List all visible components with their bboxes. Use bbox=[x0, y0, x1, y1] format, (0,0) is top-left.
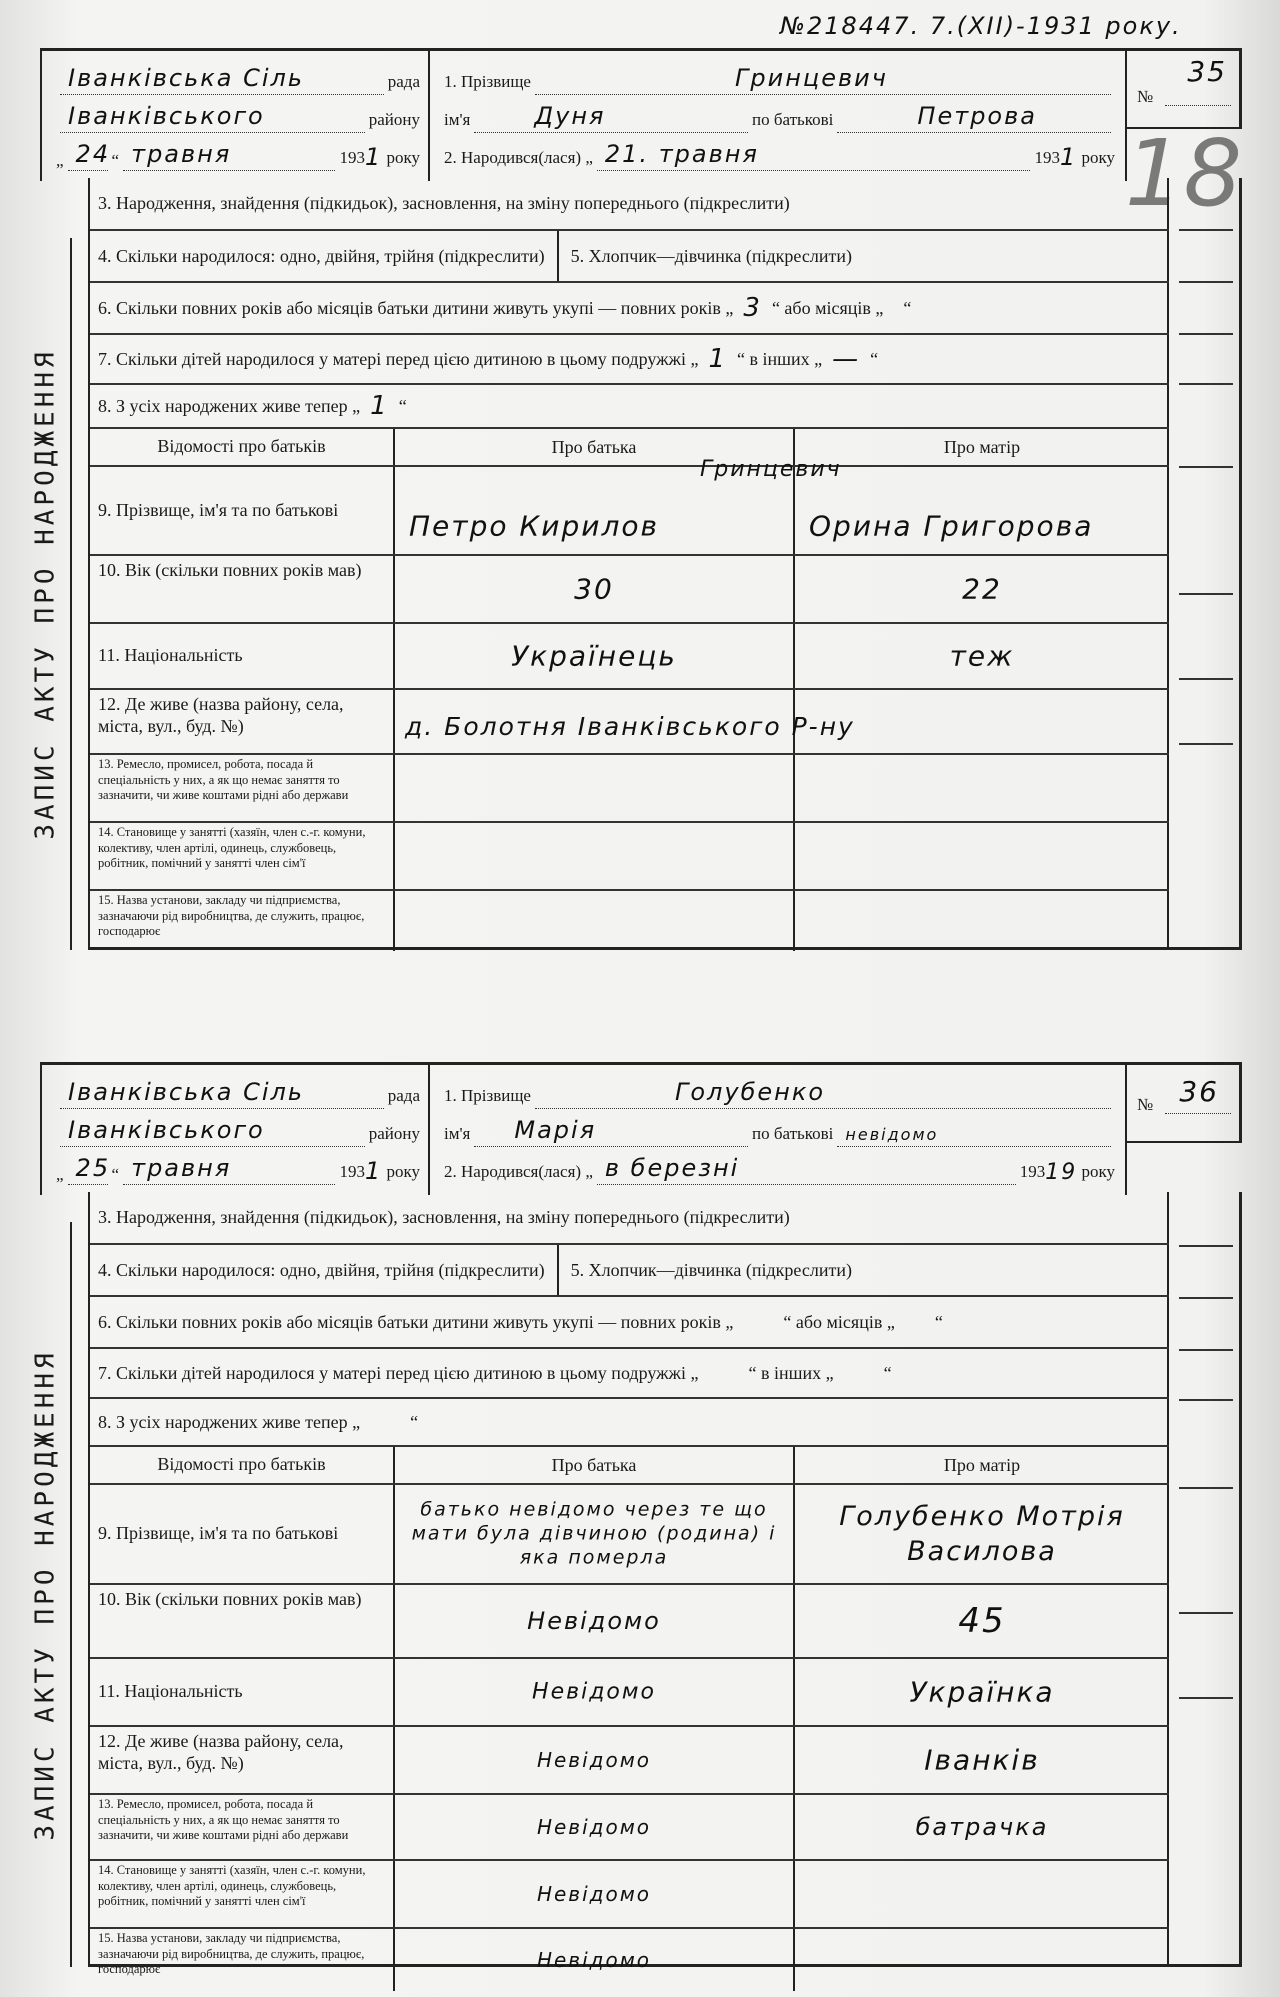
father-residence: д. Болотня Іванківського Р-ну bbox=[405, 712, 855, 741]
birth-record-35: ЗАПИС АКТУ ПРО НАРОДЖЕННЯ Іванківська Сі… bbox=[22, 48, 1262, 950]
patronymic-value: Петрова bbox=[917, 102, 1037, 130]
row-9-names: 9. Прізвище, ім'я та по батькові Петро К… bbox=[90, 467, 1169, 556]
row-9-names: 9. Прізвище, ім'я та по батькові батько … bbox=[90, 1485, 1169, 1585]
parents-table-header: Відомості про батьківПро батькаПро матір bbox=[90, 429, 1169, 467]
row-14-status: 14. Становище у занятті (хазяїн, член с.… bbox=[90, 823, 1169, 891]
row-7: 7. Скільки дітей народилося у матері пер… bbox=[90, 335, 1169, 385]
parents-table-header: Відомості про батьківПро батькаПро матір bbox=[90, 1447, 1169, 1485]
raion-value: Іванківського bbox=[68, 102, 265, 130]
row-10-age: 10. Вік (скільки повних років мав) 30 22 bbox=[90, 556, 1169, 624]
row-3: 3. Народження, знайдення (підкидьок), за… bbox=[90, 178, 1169, 231]
birth-record-36: ЗАПИС АКТУ ПРО НАРОДЖЕННЯ Іванківська Сі… bbox=[22, 1062, 1262, 1967]
birth-date-value: в березні bbox=[605, 1154, 739, 1182]
children-this-marriage: 1 bbox=[708, 344, 727, 374]
margin-column bbox=[1167, 1192, 1239, 1964]
row-10-age: 10. Вік (скільки повних років мав) Невід… bbox=[90, 1585, 1169, 1659]
reg-month: травня bbox=[131, 140, 231, 168]
record-body: 3. Народження, знайдення (підкидьок), за… bbox=[88, 178, 1242, 950]
row-15-workplace: 15. Назва установи, закладу чи підприємс… bbox=[90, 891, 1169, 951]
side-title: ЗАПИС АКТУ ПРО НАРОДЖЕННЯ bbox=[22, 238, 72, 950]
rada-value: Іванківська Сіль bbox=[68, 64, 304, 92]
record-number-box: № 35 bbox=[1127, 51, 1242, 129]
row-4-5: 4. Скільки народилося: одно, двійня, трі… bbox=[90, 1245, 1169, 1297]
row-13-occupation: 13. Ремесло, промисел, робота, посада й … bbox=[90, 755, 1169, 823]
record-header: Іванківська Сільрада Іванківськогорайону… bbox=[40, 48, 1242, 181]
rada-value: Іванківська Сіль bbox=[68, 1078, 304, 1106]
row-14-status: 14. Становище у занятті (хазяїн, член с.… bbox=[90, 1861, 1169, 1929]
row-6: 6. Скільки повних років або місяців бать… bbox=[90, 1297, 1169, 1349]
record-number: 35 bbox=[1187, 55, 1227, 88]
name-value: Дуня bbox=[534, 102, 605, 130]
birth-date-value: 21. травня bbox=[605, 140, 759, 168]
row-11-nationality: 11. Національність Невідомо Українка bbox=[90, 1659, 1169, 1727]
father-surname-above: Гринцевич bbox=[700, 457, 842, 482]
child-identity-block: 1. ПрізвищеГолубенко ім'яМаріяпо батьков… bbox=[430, 1065, 1127, 1195]
registration-block: Іванківська Сільрада Іванківськогорайону… bbox=[40, 1065, 430, 1195]
surname-value: Голубенко bbox=[675, 1078, 825, 1106]
row-8: 8. З усіх народжених живе тепер „1“ bbox=[90, 385, 1169, 429]
years-together: 3 bbox=[743, 293, 762, 323]
row-7: 7. Скільки дітей народилося у матері пер… bbox=[90, 1349, 1169, 1399]
reg-day: 25 bbox=[76, 1154, 111, 1182]
name-value: Марія bbox=[514, 1116, 596, 1144]
record-header: Іванківська Сільрада Іванківськогорайону… bbox=[40, 1062, 1242, 1195]
row-11-nationality: 11. Національність Українець теж bbox=[90, 624, 1169, 690]
archive-stamp: №218447. 7.(XII)-1931 року. bbox=[780, 12, 1182, 40]
child-identity-block: 1. ПрізвищеГринцевич ім'яДуняпо батькові… bbox=[430, 51, 1127, 181]
reg-month: травня bbox=[131, 1154, 231, 1182]
row-8: 8. З усіх народжених живе тепер „“ bbox=[90, 1399, 1169, 1447]
row-3: 3. Народження, знайдення (підкидьок), за… bbox=[90, 1192, 1169, 1245]
record-body: 3. Народження, знайдення (підкидьок), за… bbox=[88, 1192, 1242, 1967]
row-15-workplace: 15. Назва установи, закладу чи підприємс… bbox=[90, 1929, 1169, 1991]
margin-column bbox=[1167, 178, 1239, 947]
patronymic-value: невідомо bbox=[845, 1125, 938, 1144]
raion-value: Іванківського bbox=[68, 1116, 265, 1144]
row-12-residence: 12. Де живе (назва району, села, міста, … bbox=[90, 1727, 1169, 1795]
row-13-occupation: 13. Ремесло, промисел, робота, посада й … bbox=[90, 1795, 1169, 1861]
surname-value: Гринцевич bbox=[735, 64, 888, 92]
record-number: 36 bbox=[1179, 1075, 1219, 1108]
record-number-box: № 36 bbox=[1127, 1065, 1242, 1143]
side-title: ЗАПИС АКТУ ПРО НАРОДЖЕННЯ bbox=[22, 1222, 72, 1967]
reg-day: 24 bbox=[76, 140, 111, 168]
registration-block: Іванківська Сільрада Іванківськогорайону… bbox=[40, 51, 430, 181]
row-4-5: 4. Скільки народилося: одно, двійня, трі… bbox=[90, 231, 1169, 283]
living-now: 1 bbox=[370, 391, 389, 421]
row-6: 6. Скільки повних років або місяців бать… bbox=[90, 283, 1169, 335]
